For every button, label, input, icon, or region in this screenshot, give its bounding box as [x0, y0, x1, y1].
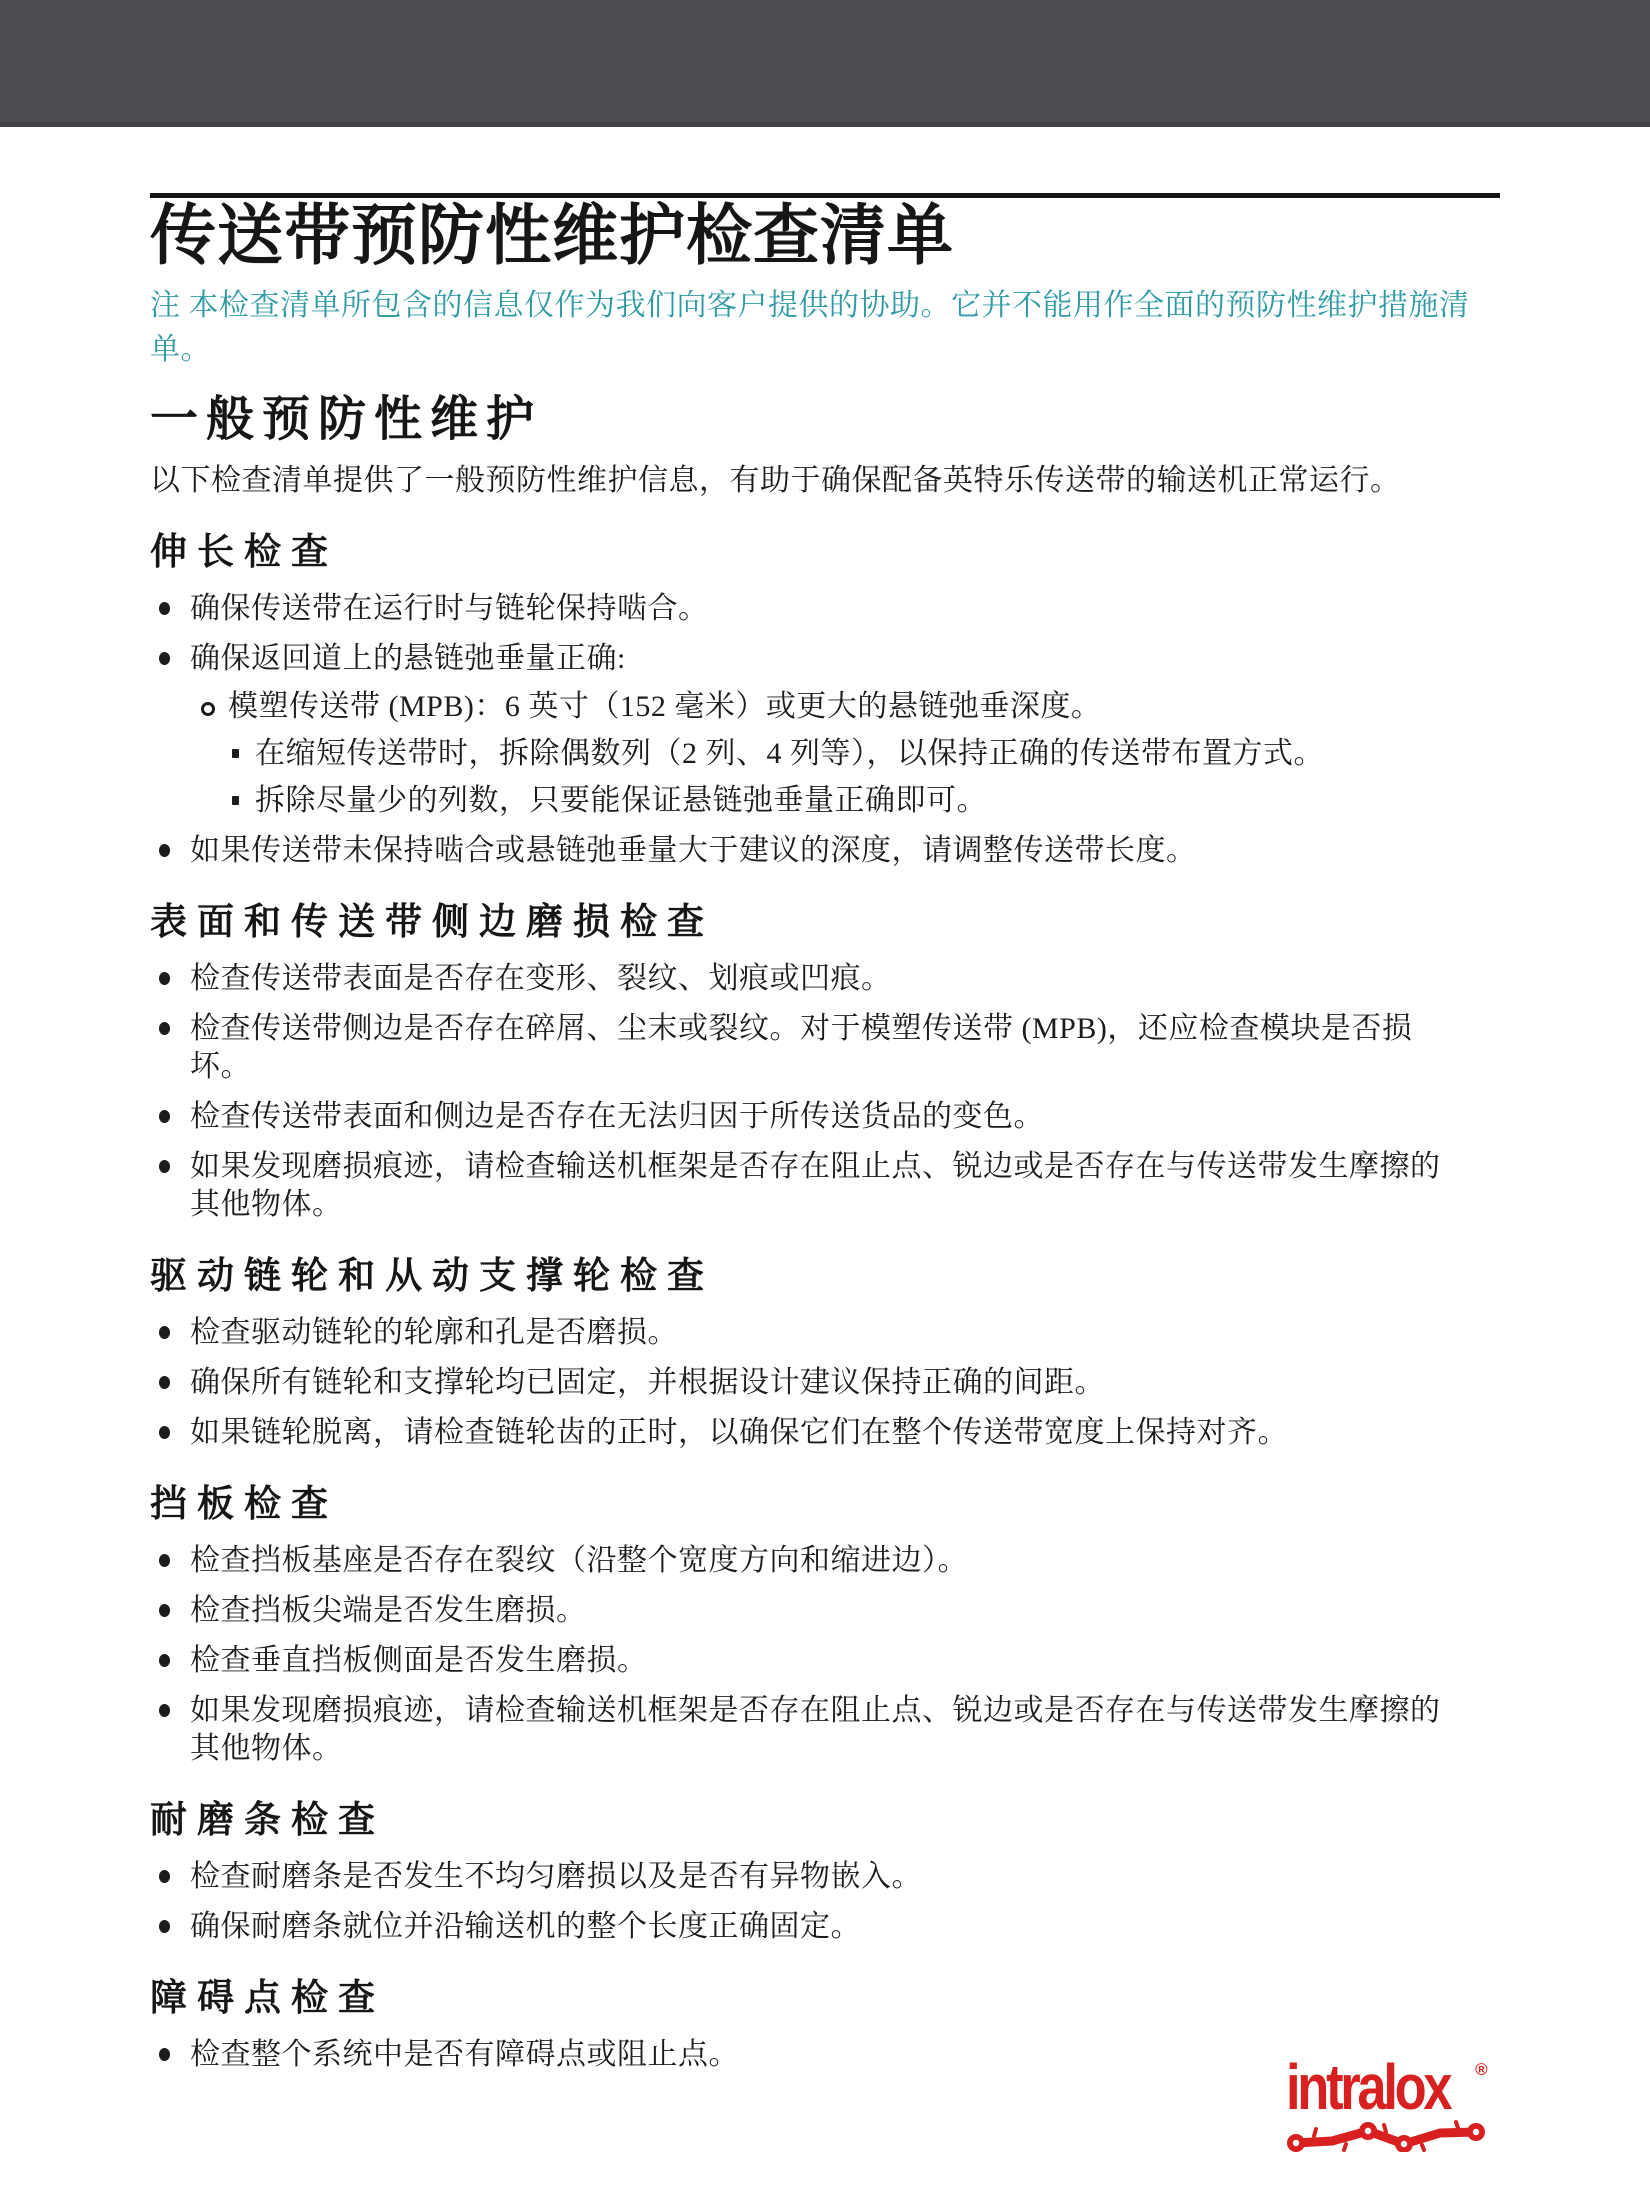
content-area: 传送带预防性维护检查清单 注 本检查清单所包含的信息仅作为我们向客户提供的协助。…	[150, 193, 1500, 2074]
list-item-text: 确保传送带在运行时与链轮保持啮合。	[190, 592, 709, 625]
list-item: 确保所有链轮和支撑轮均已固定，并根据设计建议保持正确的间距。	[150, 1364, 1500, 1402]
list-item-text: 如果链轮脱离，请检查链轮齿的正时，以确保它们在整个传送带宽度上保持对齐。	[190, 1416, 1288, 1449]
subsection-heading: 伸长检查	[150, 530, 1500, 576]
subsection-heading: 挡板检查	[150, 1482, 1500, 1528]
subsections-container: 伸长检查确保传送带在运行时与链轮保持啮合。确保返回道上的悬链弛垂量正确:模塑传送…	[150, 530, 1500, 2074]
belt-chain-icon	[1286, 2118, 1492, 2152]
logo-wordmark-row: intralox®	[1286, 2058, 1516, 2116]
bullet-list-level-3: 在缩短传送带时，拆除偶数列（2 列、4 列等），以保持正确的传送带布置方式。拆除…	[228, 735, 1460, 820]
list-item: 检查传送带侧边是否存在碎屑、尘末或裂纹。对于模塑传送带 (MPB)，还应检查模块…	[150, 1010, 1500, 1086]
list-item-text: 检查传送带表面和侧边是否存在无法归因于所传送货品的变色。	[190, 1100, 1044, 1133]
note-text: 注 本检查清单所包含的信息仅作为我们向客户提供的协助。它并不能用作全面的预防性维…	[150, 284, 1500, 372]
list-item-text: 检查整个系统中是否有障碍点或阻止点。	[190, 2038, 739, 2071]
bullet-list-level-2: 模塑传送带 (MPB)：6 英寸（152 毫米）或更大的悬链弛垂深度。在缩短传送…	[190, 688, 1460, 820]
list-item: 检查挡板基座是否存在裂纹（沿整个宽度方向和缩进边）。	[150, 1542, 1500, 1580]
registered-mark-icon: ®	[1475, 2060, 1488, 2079]
section-title: 一般预防性维护	[150, 392, 1500, 448]
list-item: 检查传送带表面和侧边是否存在无法归因于所传送货品的变色。	[150, 1098, 1500, 1136]
intralox-wordmark: intralox	[1286, 2058, 1449, 2116]
list-item-text: 检查驱动链轮的轮廓和孔是否磨损。	[190, 1316, 678, 1349]
list-item: 检查耐磨条是否发生不均匀磨损以及是否有异物嵌入。	[150, 1858, 1500, 1896]
list-item-text: 确保所有链轮和支撑轮均已固定，并根据设计建议保持正确的间距。	[190, 1366, 1105, 1399]
subsection: 耐磨条检查检查耐磨条是否发生不均匀磨损以及是否有异物嵌入。确保耐磨条就位并沿输送…	[150, 1798, 1500, 1946]
intro-text: 以下检查清单提供了一般预防性维护信息，有助于确保配备英特乐传送带的输送机正常运行…	[150, 462, 1500, 500]
bullet-list-level-1: 检查传送带表面是否存在变形、裂纹、划痕或凹痕。检查传送带侧边是否存在碎屑、尘末或…	[150, 960, 1500, 1224]
list-item-text: 检查传送带表面是否存在变形、裂纹、划痕或凹痕。	[190, 962, 892, 995]
list-item-text: 确保返回道上的悬链弛垂量正确:	[190, 642, 626, 675]
bullet-list-level-1: 确保传送带在运行时与链轮保持啮合。确保返回道上的悬链弛垂量正确:模塑传送带 (M…	[150, 590, 1500, 870]
list-item-text: 检查挡板尖端是否发生磨损。	[190, 1594, 587, 1627]
document-page: 传送带预防性维护检查清单 注 本检查清单所包含的信息仅作为我们向客户提供的协助。…	[0, 0, 1650, 2200]
list-item-text: 检查耐磨条是否发生不均匀磨损以及是否有异物嵌入。	[190, 1860, 922, 1893]
subsection: 驱动链轮和从动支撑轮检查检查驱动链轮的轮廓和孔是否磨损。确保所有链轮和支撑轮均已…	[150, 1254, 1500, 1452]
list-item: 检查挡板尖端是否发生磨损。	[150, 1592, 1500, 1630]
list-item: 确保耐磨条就位并沿输送机的整个长度正确固定。	[150, 1908, 1500, 1946]
bullet-list-level-1: 检查挡板基座是否存在裂纹（沿整个宽度方向和缩进边）。检查挡板尖端是否发生磨损。检…	[150, 1542, 1500, 1768]
list-item-text: 检查垂直挡板侧面是否发生磨损。	[190, 1644, 648, 1677]
list-item-text: 在缩短传送带时，拆除偶数列（2 列、4 列等），以保持正确的传送带布置方式。	[255, 737, 1324, 770]
list-item-text: 如果发现磨损痕迹，请检查输送机框架是否存在阻止点、锐边或是否存在与传送带发生摩擦…	[190, 1150, 1441, 1221]
page-title: 传送带预防性维护检查清单	[150, 200, 1500, 274]
title-rule	[150, 193, 1500, 198]
list-item: 拆除尽量少的列数，只要能保证悬链弛垂量正确即可。	[228, 782, 1460, 820]
subsection-heading: 障碍点检查	[150, 1976, 1500, 2022]
list-item-text: 检查挡板基座是否存在裂纹（沿整个宽度方向和缩进边）。	[190, 1544, 968, 1577]
list-item: 确保返回道上的悬链弛垂量正确:模塑传送带 (MPB)：6 英寸（152 毫米）或…	[150, 640, 1500, 820]
list-item: 检查垂直挡板侧面是否发生磨损。	[150, 1642, 1500, 1680]
subsection: 伸长检查确保传送带在运行时与链轮保持啮合。确保返回道上的悬链弛垂量正确:模塑传送…	[150, 530, 1500, 870]
list-item: 如果传送带未保持啮合或悬链弛垂量大于建议的深度，请调整传送带长度。	[150, 832, 1500, 870]
list-item: 如果发现磨损痕迹，请检查输送机框架是否存在阻止点、锐边或是否存在与传送带发生摩擦…	[150, 1148, 1500, 1224]
subsection-heading: 表面和传送带侧边磨损检查	[150, 900, 1500, 946]
list-item: 模塑传送带 (MPB)：6 英寸（152 毫米）或更大的悬链弛垂深度。在缩短传送…	[190, 688, 1460, 820]
list-item: 确保传送带在运行时与链轮保持啮合。	[150, 590, 1500, 628]
list-item: 检查驱动链轮的轮廓和孔是否磨损。	[150, 1314, 1500, 1352]
list-item-text: 如果传送带未保持啮合或悬链弛垂量大于建议的深度，请调整传送带长度。	[190, 834, 1197, 867]
subsection-heading: 驱动链轮和从动支撑轮检查	[150, 1254, 1500, 1300]
bullet-list-level-1: 检查耐磨条是否发生不均匀磨损以及是否有异物嵌入。确保耐磨条就位并沿输送机的整个长…	[150, 1858, 1500, 1946]
list-item-text: 检查传送带侧边是否存在碎屑、尘末或裂纹。对于模塑传送带 (MPB)，还应检查模块…	[190, 1012, 1412, 1083]
list-item-text: 确保耐磨条就位并沿输送机的整个长度正确固定。	[190, 1910, 861, 1943]
intralox-logo: intralox®	[1286, 2058, 1516, 2152]
list-item: 检查传送带表面是否存在变形、裂纹、划痕或凹痕。	[150, 960, 1500, 998]
list-item: 如果链轮脱离，请检查链轮齿的正时，以确保它们在整个传送带宽度上保持对齐。	[150, 1414, 1500, 1452]
bullet-list-level-1: 检查驱动链轮的轮廓和孔是否磨损。确保所有链轮和支撑轮均已固定，并根据设计建议保持…	[150, 1314, 1500, 1452]
list-item-text: 模塑传送带 (MPB)：6 英寸（152 毫米）或更大的悬链弛垂深度。	[228, 690, 1101, 723]
list-item: 如果发现磨损痕迹，请检查输送机框架是否存在阻止点、锐边或是否存在与传送带发生摩擦…	[150, 1692, 1500, 1768]
subsection-heading: 耐磨条检查	[150, 1798, 1500, 1844]
list-item-text: 拆除尽量少的列数，只要能保证悬链弛垂量正确即可。	[255, 784, 987, 817]
top-bar	[0, 0, 1650, 127]
list-item-text: 如果发现磨损痕迹，请检查输送机框架是否存在阻止点、锐边或是否存在与传送带发生摩擦…	[190, 1694, 1441, 1765]
list-item: 在缩短传送带时，拆除偶数列（2 列、4 列等），以保持正确的传送带布置方式。	[228, 735, 1460, 773]
subsection: 表面和传送带侧边磨损检查检查传送带表面是否存在变形、裂纹、划痕或凹痕。检查传送带…	[150, 900, 1500, 1224]
subsection: 挡板检查检查挡板基座是否存在裂纹（沿整个宽度方向和缩进边）。检查挡板尖端是否发生…	[150, 1482, 1500, 1768]
